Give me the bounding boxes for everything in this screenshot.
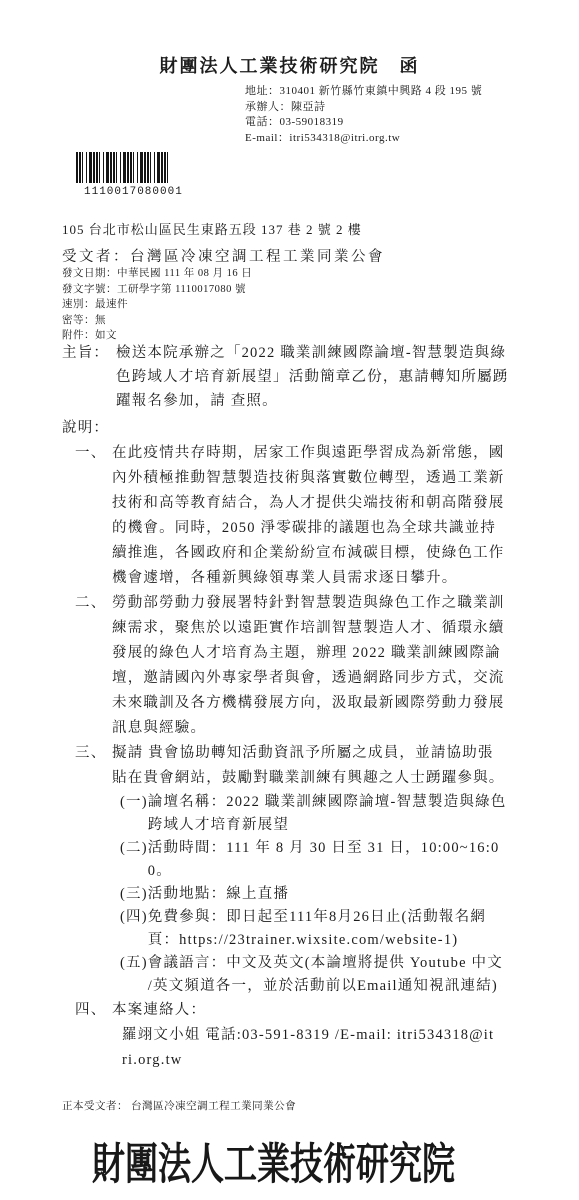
subitem-number: (五) bbox=[120, 952, 148, 998]
subitem-number: (一) bbox=[120, 791, 148, 837]
recipient-postal-address: 105 台北市松山區民生東路五段 137 巷 2 號 2 樓 bbox=[62, 219, 362, 238]
scanned-letter-page: 財團法人工業技術研究院 函 地址：310401 新竹縣竹東鎮中興路 4 段 19… bbox=[0, 0, 579, 1200]
item-number: 一、 bbox=[75, 441, 112, 591]
institute-stamp: 財團法人工業技術研究院 bbox=[92, 1130, 455, 1192]
subitem-number: (四) bbox=[120, 906, 148, 952]
explanation-item: 一、在此疫情共存時期，居家工作與遠距學習成為新常態，國 內外積極推動智慧製造技術… bbox=[75, 441, 554, 591]
letterhead-contact-info: 地址：310401 新竹縣竹東鎮中興路 4 段 195 號 承辦人：陳亞詩 電話… bbox=[245, 84, 482, 146]
barcode-image bbox=[76, 152, 168, 183]
explanation-item: 四、本案連絡人： bbox=[75, 998, 554, 1023]
sub-item: (四)免費參與：即日起至111年8月26日止(活動報名網 頁：https://2… bbox=[120, 906, 554, 952]
original-recipient-note: 正本受文者： 台灣區冷凍空調工程工業同業公會 bbox=[62, 1098, 296, 1113]
subject-label: 主旨： bbox=[62, 341, 116, 413]
item-text: 勞動部勞動力發展署特針對智慧製造與綠色工作之職業訓 練需求，聚焦於以遠距實作培訓… bbox=[112, 591, 554, 741]
document-meta-fields: 發文日期：中華民國 111 年 08 月 16 日 發文字號：工研學字第 111… bbox=[62, 266, 252, 344]
document-title: 財團法人工業技術研究院 函 bbox=[0, 52, 579, 78]
item-text: 在此疫情共存時期，居家工作與遠距學習成為新常態，國 內外積極推動智慧製造技術與落… bbox=[112, 441, 554, 591]
subitem-text: 免費參與：即日起至111年8月26日止(活動報名網 頁：https://23tr… bbox=[148, 906, 554, 952]
contact-person-lines: 羅翊文小姐 電話:03-591-8319 /E-mail: itri534318… bbox=[122, 1023, 554, 1073]
sub-item: (三)活動地點：線上直播 bbox=[120, 883, 554, 906]
subitem-number: (二) bbox=[120, 837, 148, 883]
explanation-item: 三、擬請 貴會協助轉知活動資訊予所屬之成員，並請協助張 貼在貴會網站，鼓勵對職業… bbox=[75, 741, 554, 791]
recipient-name-line: 受文者：台灣區冷凍空調工程工業同業公會 bbox=[62, 245, 385, 266]
sub-item: (五)會議語言：中文及英文(本論壇將提供 Youtube 中文 /英文頻道各一，… bbox=[120, 952, 554, 998]
item-number: 二、 bbox=[75, 591, 112, 741]
subject-text: 檢送本院承辦之「2022 職業訓練國際論壇-智慧製造與綠 色跨域人才培育新展望」… bbox=[116, 341, 509, 413]
subitem-text: 會議語言：中文及英文(本論壇將提供 Youtube 中文 /英文頻道各一，並於活… bbox=[148, 952, 554, 998]
explanation-label: 說明： bbox=[62, 416, 554, 441]
subitem-text: 論壇名稱：2022 職業訓練國際論壇-智慧製造與綠色 跨域人才培育新展望 bbox=[148, 791, 554, 837]
item-text: 擬請 貴會協助轉知活動資訊予所屬之成員，並請協助張 貼在貴會網站，鼓勵對職業訓練… bbox=[112, 741, 554, 791]
subject-row: 主旨： 檢送本院承辦之「2022 職業訓練國際論壇-智慧製造與綠 色跨域人才培育… bbox=[62, 341, 554, 413]
item-number: 四、 bbox=[75, 998, 112, 1023]
document-body: 主旨： 檢送本院承辦之「2022 職業訓練國際論壇-智慧製造與綠 色跨域人才培育… bbox=[62, 341, 554, 1073]
item-number: 三、 bbox=[75, 741, 112, 791]
barcode-number: 1110017080001 bbox=[84, 186, 183, 198]
sub-item: (二)活動時間：111 年 8 月 30 日至 31 日，10:00~16:0 … bbox=[120, 837, 554, 883]
item-text: 本案連絡人： bbox=[112, 998, 554, 1023]
explanation-item: 二、勞動部勞動力發展署特針對智慧製造與綠色工作之職業訓 練需求，聚焦於以遠距實作… bbox=[75, 591, 554, 741]
sub-item: (一)論壇名稱：2022 職業訓練國際論壇-智慧製造與綠色 跨域人才培育新展望 bbox=[120, 791, 554, 837]
subitem-text: 活動地點：線上直播 bbox=[148, 883, 554, 906]
subitem-number: (三) bbox=[120, 883, 148, 906]
subitem-text: 活動時間：111 年 8 月 30 日至 31 日，10:00~16:0 0。 bbox=[148, 837, 554, 883]
explanation-items: 一、在此疫情共存時期，居家工作與遠距學習成為新常態，國 內外積極推動智慧製造技術… bbox=[62, 441, 554, 1073]
